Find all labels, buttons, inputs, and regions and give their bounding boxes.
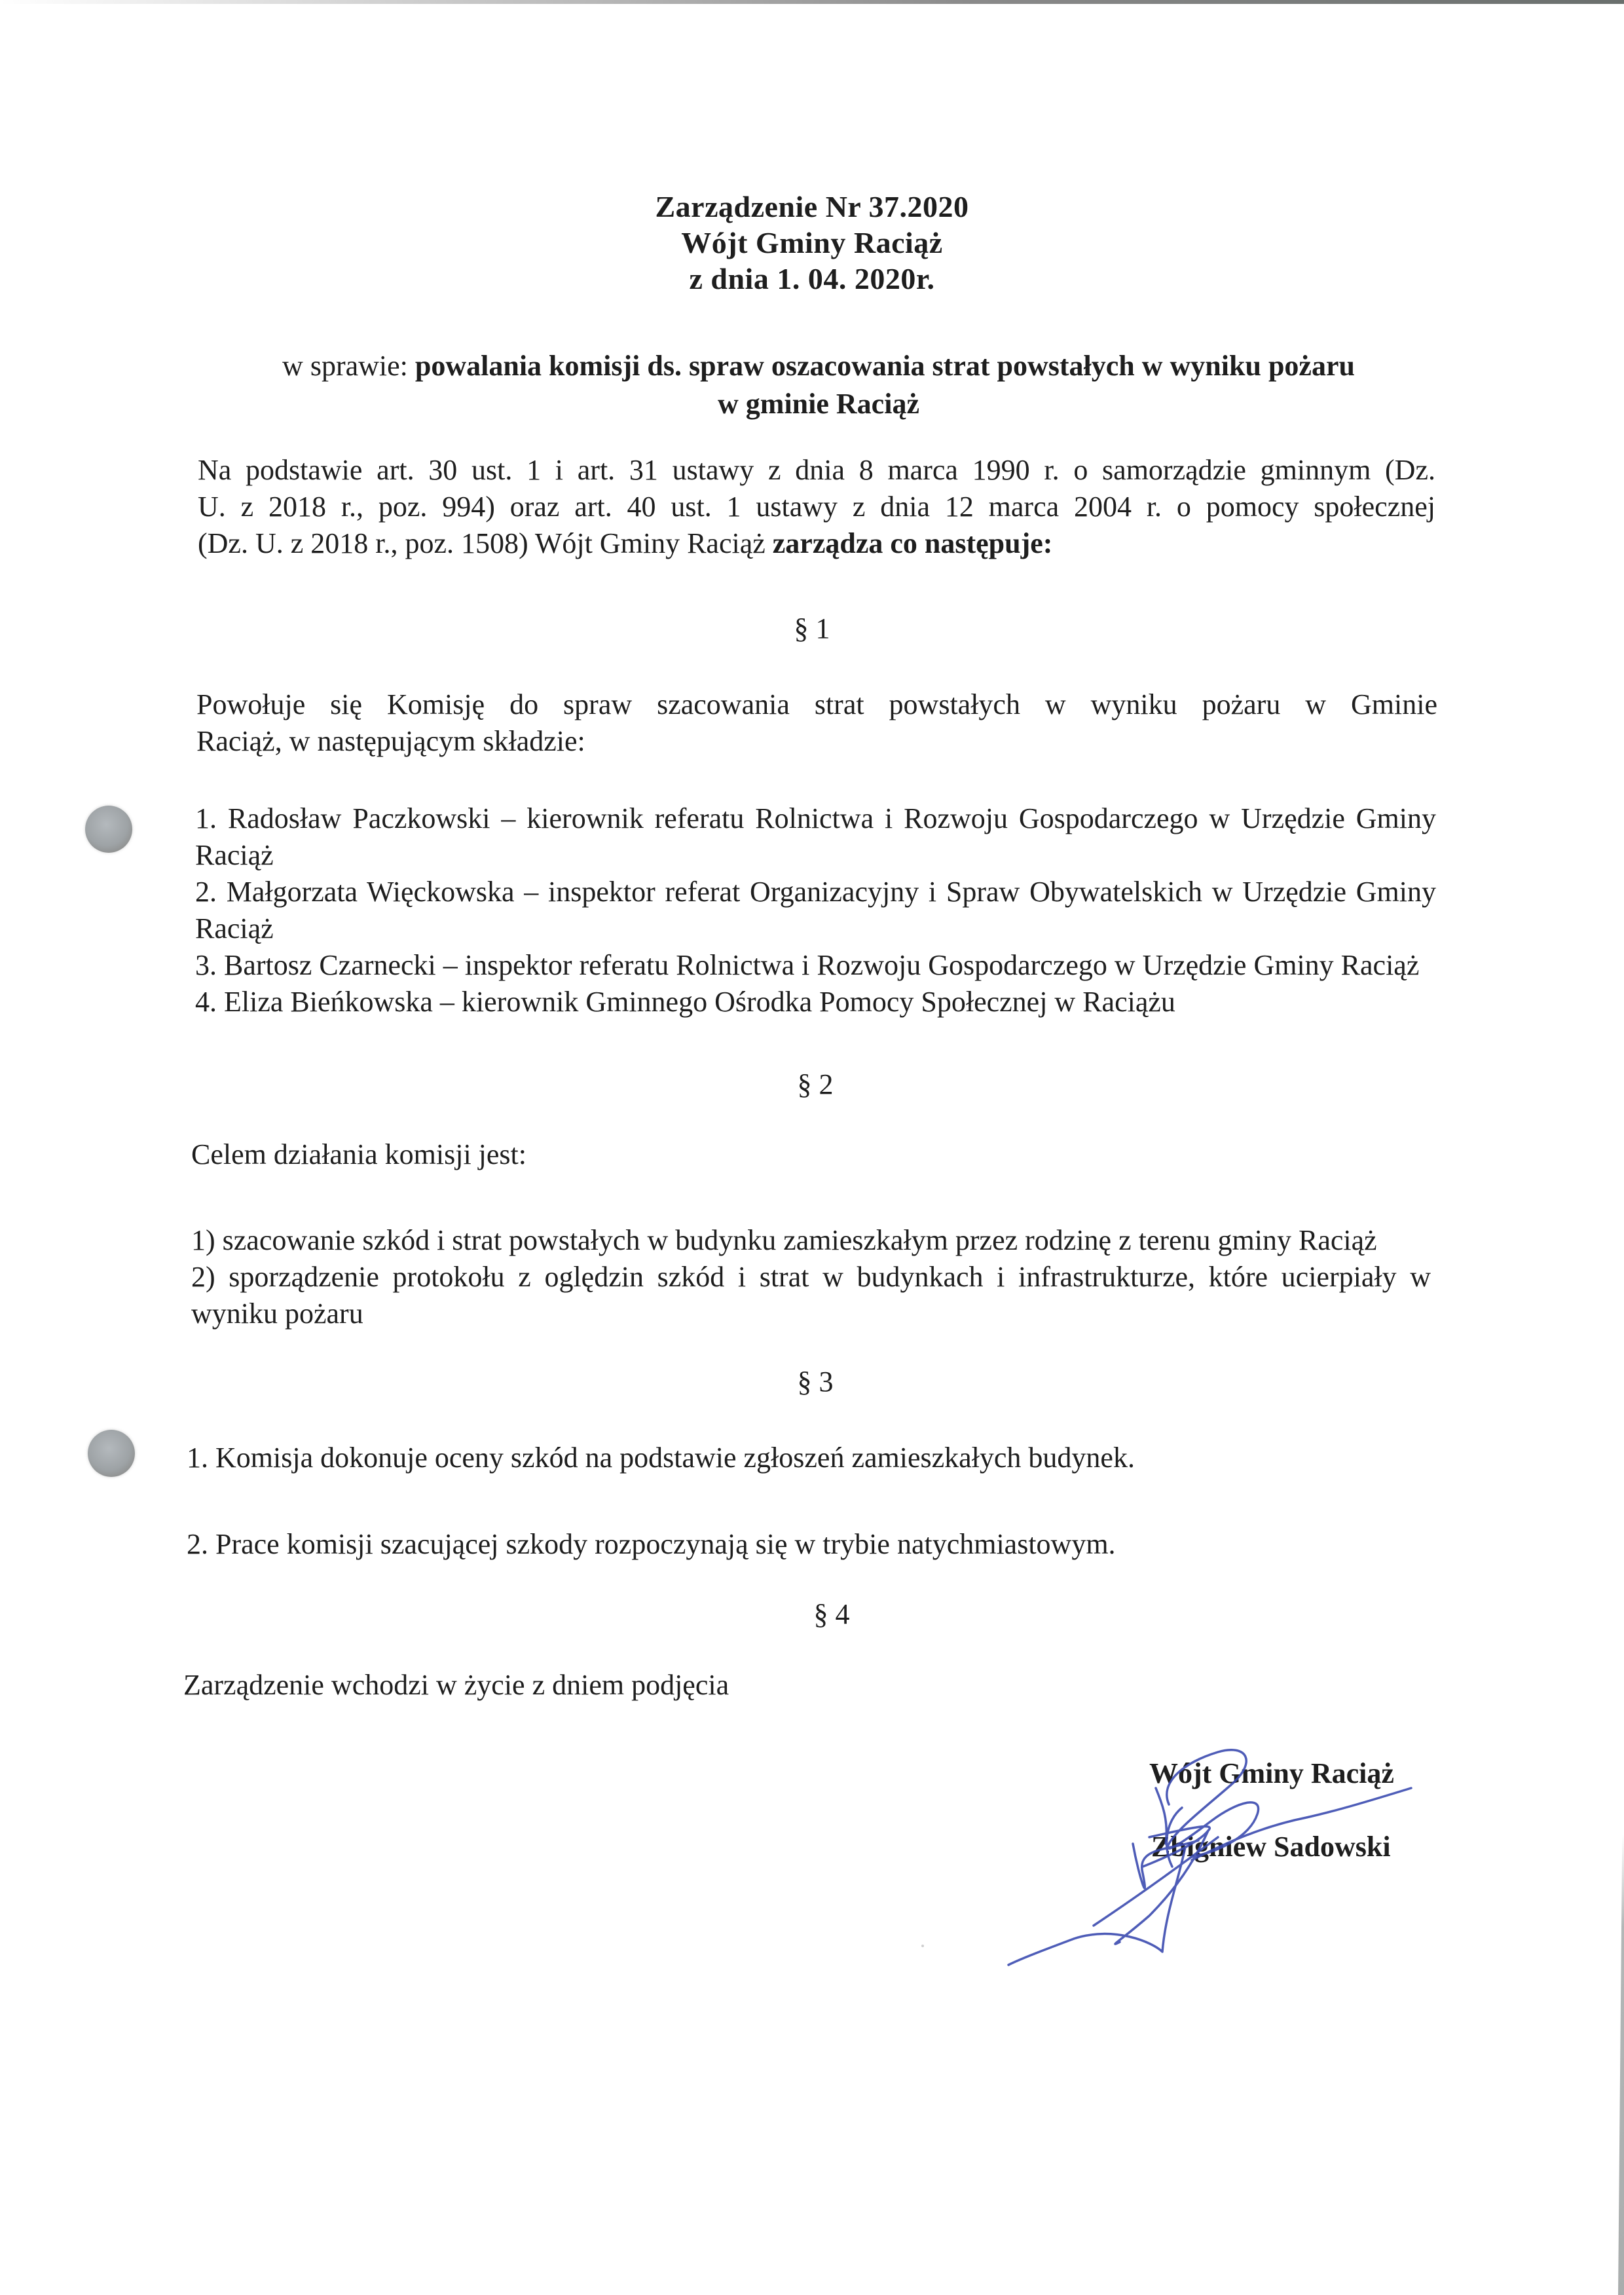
section-mark-1: § 1 bbox=[0, 610, 1624, 647]
member-item: 2. Małgorzata Więckowska – inspektor ref… bbox=[195, 874, 1436, 947]
commission-intro-line: Powołuje się Komisję do spraw szacowania… bbox=[196, 686, 1437, 723]
effective-clause: Zarządzenie wchodzi w życie z dniem podj… bbox=[183, 1667, 1035, 1704]
document-title: Zarządzenie Nr 37.2020 bbox=[0, 189, 1624, 225]
section-mark-2: § 2 bbox=[3, 1066, 1624, 1103]
member-item: 1. Radosław Paczkowski – kierownik refer… bbox=[195, 800, 1436, 874]
rules-list: 1. Komisja dokonuje oceny szkód na podst… bbox=[187, 1440, 1365, 1613]
scan-top-edge bbox=[0, 0, 1624, 4]
section-mark-3: § 3 bbox=[3, 1364, 1624, 1400]
goals-intro: Celem działania komisji jest: bbox=[191, 1136, 977, 1173]
document-date: z dnia 1. 04. 2020r. bbox=[0, 261, 1624, 297]
punch-hole bbox=[85, 806, 132, 853]
rule-item: 1. Komisja dokonuje oceny szkód na podst… bbox=[187, 1440, 1365, 1476]
document-subject: w sprawie: powalania komisji ds. spraw o… bbox=[196, 347, 1441, 423]
handwritten-signature-icon bbox=[982, 1690, 1506, 1991]
member-item: 3. Bartosz Czarnecki – inspektor referat… bbox=[195, 947, 1436, 984]
scan-speck bbox=[921, 1945, 924, 1947]
commission-intro-line: Raciąż, w następującym składzie: bbox=[196, 725, 585, 757]
legal-basis-decree: zarządza co następuje: bbox=[773, 527, 1053, 559]
subject-prefix: w sprawie: bbox=[282, 350, 415, 382]
legal-basis-line: (Dz. U. z 2018 r., poz. 1508) Wójt Gminy… bbox=[198, 525, 1435, 562]
punch-hole bbox=[88, 1430, 135, 1477]
goal-item: 2) sporządzenie protokołu z oględzin szk… bbox=[191, 1259, 1431, 1332]
subject-text-line1: powalania komisji ds. spraw oszacowania … bbox=[415, 350, 1355, 382]
legal-basis-line: U. z 2018 r., poz. 994) oraz art. 40 ust… bbox=[198, 489, 1435, 525]
legal-basis-line: Na podstawie art. 30 ust. 1 i art. 31 us… bbox=[198, 452, 1435, 489]
goal-item: 1) szacowanie szkód i strat powstałych w… bbox=[191, 1222, 1431, 1259]
member-item: 4. Eliza Bieńkowska – kierownik Gminnego… bbox=[195, 984, 1436, 1020]
commission-intro: Powołuje się Komisję do spraw szacowania… bbox=[196, 686, 1437, 760]
goals-list: 1) szacowanie szkód i strat powstałych w… bbox=[191, 1222, 1431, 1332]
subject-text-line2: w gminie Raciąż bbox=[718, 388, 919, 420]
commission-members: 1. Radosław Paczkowski – kierownik refer… bbox=[195, 800, 1436, 1020]
document-issuer: Wójt Gminy Raciąż bbox=[0, 225, 1624, 261]
legal-basis-regular: (Dz. U. z 2018 r., poz. 1508) Wójt Gminy… bbox=[198, 527, 773, 559]
scan-right-edge bbox=[1618, 1834, 1624, 2295]
legal-basis: Na podstawie art. 30 ust. 1 i art. 31 us… bbox=[198, 452, 1435, 562]
section-mark-4: § 4 bbox=[20, 1596, 1624, 1633]
rule-item: 2. Prace komisji szacującej szkody rozpo… bbox=[187, 1526, 1365, 1563]
document-header: Zarządzenie Nr 37.2020 Wójt Gminy Raciąż… bbox=[0, 189, 1624, 297]
